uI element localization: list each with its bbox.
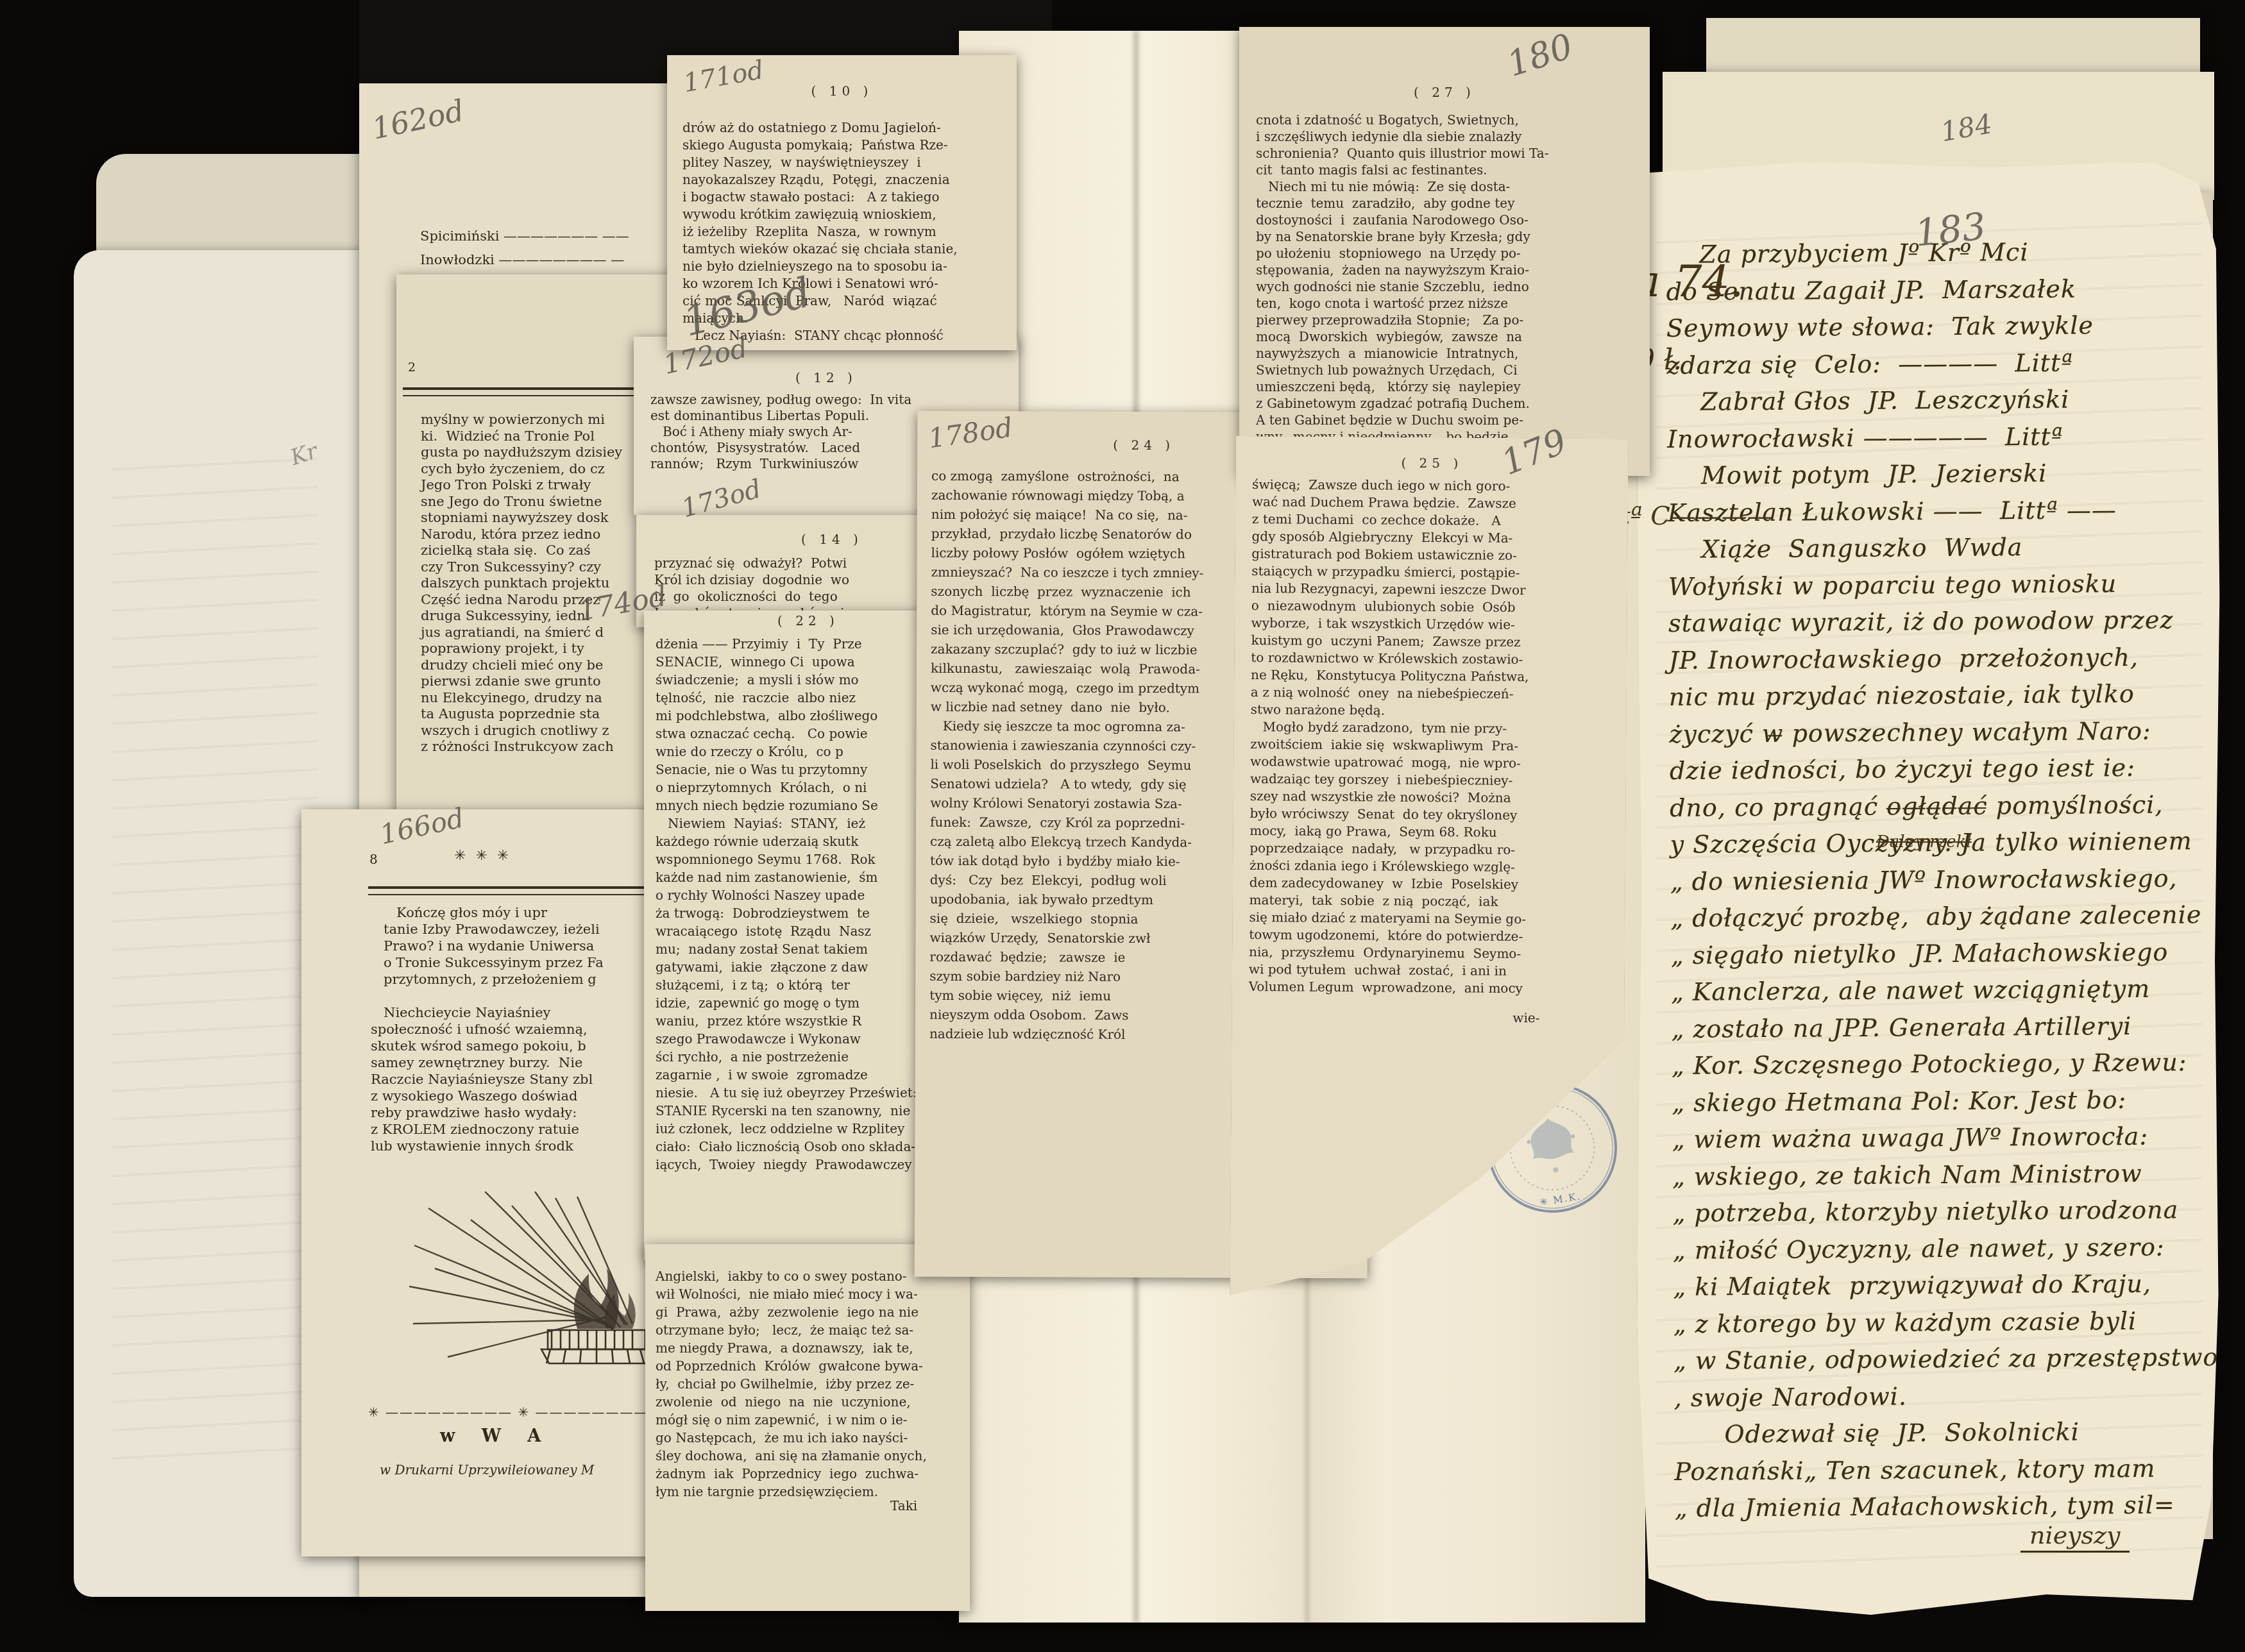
text-line: nu Elekcyinego, drudzy na (421, 690, 622, 707)
text-line: wczą wykonać mogą, czego im przedtym (931, 678, 1203, 698)
text-line: Poznański„ Ten szacunek, ktory mam (1674, 1450, 2219, 1490)
text-line: święcą; Zawsze duch iego w nich goro- (1252, 476, 1530, 495)
text-line: co zmogą zamyślone ostrożności, na (931, 466, 1204, 486)
text-line: szego Prawodawcze i Wykonaw (656, 1030, 917, 1048)
text-line: go Następcach, że mu ich iako nayści- (656, 1429, 927, 1447)
print-column: myślny w powierzonych miki. Widzieć na T… (421, 412, 622, 755)
text-line: tamtych wieków okazać się chciała stanie… (682, 240, 958, 258)
text-line: iż go okoliczności do tego (654, 588, 849, 605)
text-line: Spicimiński ——————— —— (420, 224, 629, 248)
text-line: mi podchlebstwa, albo złośliwego (656, 707, 917, 725)
text-line: drów aż do ostatniego z Domu Jagieloń- (682, 119, 958, 137)
text-line: waniu, przez które wszystkie R (656, 1012, 917, 1030)
text-line: szonych liczbę przez wyznaczenie ich (931, 582, 1203, 602)
text-line: gdy sposób Algiebryczny Elekcyi w Ma- (1251, 528, 1530, 547)
text-line: chontów, Pisysystratów. Laced (650, 440, 911, 456)
text-line: mocy, iaką go Prawa, Seym 68. Roku (1250, 822, 1528, 841)
text-line: dalszych punktach projektu (421, 575, 622, 592)
text-line: stawaiąc wyrazit, iż do powodow przez (1668, 602, 2214, 642)
text-line: wadzaiąc tey gorszey i niebeśpieczniey- (1250, 770, 1529, 789)
text-line: staiących w przypadku śmierci, postąpie- (1251, 562, 1530, 582)
text-line: poprzedzaiące nadały, w przypadku ro- (1250, 839, 1528, 859)
text-line: a z nią wolność oney na niebeśpieczeń- (1251, 684, 1529, 703)
text-line: cit tanto magis falsi ac festinantes. (1256, 162, 1549, 178)
text-line: Zabrał Głos JP. Leszczyński (1667, 380, 2212, 421)
text-line: do Magistratur, którym na Seymie w cza- (931, 601, 1203, 621)
text-line: Xiąże Sanguszko Wwda (1668, 528, 2213, 568)
text-line: JP. Inowrocławskiego przełożonych, (1668, 639, 2214, 679)
text-line: mnych niech będzie rozumiano Se (656, 796, 917, 814)
text-line: zawsze zawisney, podług owego: In vita (650, 392, 911, 408)
text-line: służącemi, i z tą; o którą ter (656, 976, 917, 994)
text-line: wolny Królowi Senatoryi zostawia Sza- (930, 793, 1203, 813)
text-line: ciało: Ciało licznością Osob ono składa- (656, 1138, 917, 1156)
text-line: wać nad Duchem Prawa będzie. Zawsze (1252, 493, 1530, 512)
text-line: zicielką stała się. Co zaś (421, 543, 622, 559)
text-line: towym ugodzonemi, które do potwierdze- (1249, 926, 1527, 945)
text-line: SENACIE, winnego Ci upowa (656, 653, 917, 671)
text-line: me niegdy Prawa, a doznawszy, iak te, (656, 1339, 927, 1357)
text-line: stopniami naywyższey dosk (421, 510, 622, 527)
text-line: Swietnych lub poważnych Urzędach, Ci (1256, 362, 1549, 378)
page-number: 2 (408, 360, 416, 375)
archive-book-scan: Spicimiński ——————— ——Inowłodzki ———————… (0, 0, 2245, 1652)
text-line: wnie do rzeczy o Królu, co p (656, 743, 917, 761)
text-line: myślny w powierzonych mi (421, 412, 622, 428)
text-line: gusta po naydłuższym dzisiey (421, 444, 622, 461)
text-line: idzie, zapewnić go mogę o tym (656, 994, 917, 1012)
text-line: z wysokiego Waszego doświad (371, 1088, 593, 1104)
text-line: nia lub Rezygnacyi, zapewni ieszcze Dwor (1251, 580, 1530, 599)
text-line: ści rychło, a nie postrzeżenie (656, 1048, 917, 1066)
text-line: każdego równie uderzaią skutk (656, 832, 917, 850)
text-line: Inowrocławski ————— Littª (1667, 417, 2212, 458)
text-line: iż ieżeliby Rzeplita Nasza, w rownym (682, 223, 958, 240)
text-line: gatywami, iakie złączone z daw (656, 958, 917, 976)
text-line: dostoyności i zaufania Narodowego Oso- (1256, 212, 1549, 228)
imprint-city: w W A (440, 1426, 551, 1446)
manuscript-text: Za przybyciem Jº Krº Mcido Senatu Zagaił… (1666, 233, 2220, 1527)
text-line: ta Augusta poprzednie sta (421, 706, 622, 723)
text-line: zdarza się Celo: ———— Littª (1666, 344, 2212, 384)
text-line: nic mu przydać niezostaie, iak tylko (1669, 675, 2214, 716)
text-line: „ zostało na JPP. Generała Artilleryi (1671, 1007, 2216, 1048)
text-line: wi pod tytułem uchwał zostać, i ani in (1249, 961, 1527, 980)
text-line: wił Wolności, nie miało mieć mocy i wa- (656, 1285, 927, 1303)
margin-number: a 74. (1634, 257, 1743, 307)
text-line: rannów; Rzym Turkwiniuszów (650, 456, 911, 472)
text-line: drudzy chcieli mieć ony be (421, 657, 622, 674)
text-line: Senacie, nie o Was tu przytomny (656, 761, 917, 779)
text-line: cnota i zdatność u Bogatych, Swietnych, (1256, 112, 1549, 128)
text-line: gi Prawa, ażby zezwolenie iego na nie (656, 1303, 927, 1321)
text-line: to rozdawnictwo w Królewskich zostawio- (1251, 649, 1529, 668)
footer-divider: ✳ ————————— ✳ ————————— (368, 1404, 663, 1420)
text-line: ża trwogą: Dobrodzieystwem te (656, 904, 917, 922)
text-line: tęlność, nie raczcie albo niez (656, 689, 917, 707)
text-line: li woli Poselskich do przyszłego Seymu (930, 755, 1203, 775)
text-line: dzie iedności, bo życzyi tego iest ie: (1670, 749, 2215, 789)
text-line: samey zewnętrzney burzy. Nie (371, 1054, 593, 1071)
text-line: było wróciwszy Senat do tey okryśloney (1250, 805, 1528, 824)
text-line: mógł się o nim zapewnić, i w nim o ie- (656, 1411, 927, 1429)
text-line: tym sobie więcey, niż iemu (929, 986, 1202, 1006)
print-column: cnota i zdatność u Bogatych, Swietnych,i… (1256, 112, 1549, 445)
text-line: umieszczeni będą, którzy się naylepiey (1256, 378, 1549, 395)
text-line: „ sięgało nietylko JP. Małachowskiego (1671, 934, 2216, 974)
print-column: zawsze zawisney, podług owego: In vitaes… (650, 392, 911, 472)
text-line: ten, kogo cnota i wartość przez niższe (1256, 295, 1549, 312)
text-line: pierwsi zdanie swe grunto (421, 673, 622, 690)
text-line: czą zaletą albo Elekcyą trzech Kandyda- (930, 832, 1203, 852)
text-line: liczby połowy Posłów ogółem wziętych (931, 543, 1204, 563)
text-line: nadzieie lub wdzięczność Król (929, 1024, 1202, 1044)
text-line: o rychły Wolności Naszey upade (656, 886, 917, 904)
text-line: iących, Twoiey niegdy Prawodawczey (656, 1156, 917, 1174)
print-column: dżenia —— Przyimiy i Ty PrzeSENACIE, win… (656, 635, 917, 1174)
text-line: życzyć w̶ powszechney wcałym Naro: (1669, 712, 2214, 753)
text-line: i bogactw stawało postaci: A z takiego (682, 189, 958, 206)
text-line: „ miłość Oyczyzny, ale nawet, y szero: (1673, 1229, 2218, 1269)
text-line: Inowłodzki ———————— — (420, 248, 629, 272)
text-line: schronienia? Quanto quis illustrior mowi… (1256, 145, 1549, 162)
text-line: i szczęśliwych iedynie dla siebie znalaz… (1256, 128, 1549, 145)
text-line: „ w Stanie, odpowiedzieć za przestępstwo (1673, 1339, 2219, 1379)
text-line: kilkunastu, zawieszaiąc wolą Prawoda- (931, 659, 1203, 678)
text-line: Seymowy wte słowa: Tak zwykle (1666, 307, 2212, 347)
text-line: „ do wniesienia JWº Inowrocławskiego, (1670, 860, 2215, 900)
text-line: „ z ktorego by w każdym czasie byli (1673, 1302, 2219, 1343)
text-line: Niechcieycie Nayiaśniey (371, 1004, 593, 1021)
text-line: Mowit potym JP. Jezierski (1667, 454, 2212, 494)
text-line: dyś: Czy bez Elekcyi, podług woli (930, 870, 1203, 890)
text-line: łym nie targnie przedsięwzięciem. (656, 1483, 927, 1501)
text-line: jus agratiandi, na śmierć d (421, 625, 622, 641)
text-line: plitey Naszey, w nayświętnieyszey i (682, 154, 958, 171)
print-paragraph: Kończę głos móy i uprtanie Izby Prawodaw… (384, 904, 604, 988)
slip-header: ( 27 ) (1239, 85, 1650, 100)
text-line: wyborze, i tak wszystkich Urzędów wie- (1251, 614, 1530, 634)
text-line: Jego Tron Polski z trwały (421, 477, 622, 494)
text-line: „ Kanclerza, ale nawet wzciągniętym (1671, 970, 2216, 1011)
text-line: przyznać się odważył? Potwi (654, 555, 849, 571)
text-line: nia, przyszłemu Ordynaryinemu Seymo- (1249, 943, 1527, 963)
text-line: z KROLEM ziednoczony ratuie (371, 1121, 593, 1138)
text-line: przykład, przydało liczbę Senatorów do (931, 524, 1204, 544)
text-line: pierwey przeprowadziła Stopnie; Za po- (1256, 312, 1549, 328)
text-line: „ wiem ważna uwaga JWº Inowrocła: (1672, 1118, 2217, 1158)
text-line: tecznie temu zaradziło, aby godne tey (1256, 195, 1549, 212)
text-line: zakazany szczuplać? gdy to iuż w liczbie (931, 639, 1203, 659)
text-line: Narodu, która przez iedno (421, 527, 622, 543)
printed-slip-angielski: Angielski, iakby to co o swey postano-wi… (645, 1244, 970, 1611)
text-line: , swoje Narodowi. (1673, 1376, 2219, 1417)
text-line: gistraturach pod Bokiem ustawicznie zo- (1251, 545, 1530, 564)
text-line: reby prawdziwe hasło wydały: (371, 1104, 593, 1121)
print-column: święcą; Zawsze duch iego w nich goro-wać… (1249, 476, 1530, 997)
pencil-foliation-183: 183 (1913, 204, 1988, 255)
text-line: się dzieie, wszelkiego stopnia (930, 909, 1203, 929)
text-line: cych było życzeniem, do cz (421, 461, 622, 478)
bleedthrough-ghost (112, 442, 318, 1469)
text-line: wiązków Urzędy, Senatorskie zwł (929, 928, 1202, 948)
text-line: Król ich dzisiay dogodnie wo (654, 571, 849, 588)
text-line: społeczność i ufność wzaiemną, (371, 1021, 593, 1038)
text-line: skiego Augusta pomykaią; Państwa Rze- (682, 137, 958, 154)
text-line: dżenia —— Przyimiy i Ty Prze (656, 635, 917, 653)
text-line: upodobania, iak bywało przedtym (930, 889, 1203, 909)
text-line: Kończę głos móy i upr (384, 904, 604, 921)
text-line: niesie. A tu się iuż obeyrzey Przeświet: (656, 1084, 917, 1102)
text-line: czy Tron Sukcessyiny? czy (421, 559, 622, 576)
text-line: sie ich urzędowania, Głos Prawodawczy (931, 620, 1203, 640)
text-line: Angielski, iakby to co o swey postano- (656, 1267, 927, 1285)
text-line: est dominantibus Libertas Populi. (650, 408, 911, 424)
text-line: wspomnionego Seymu 1768. Rok (656, 850, 917, 868)
text-line: Raczcie Nayiaśnieysze Stany zbl (371, 1071, 593, 1088)
page-number: 8 (369, 852, 378, 867)
text-line: do Senatu Zagaił JP. Marszałek (1666, 270, 2211, 310)
text-line: kuistym go uczyni Panem; Zawsze przez (1251, 632, 1529, 651)
text-line: „ wskiego, ze takich Nam Ministrow (1672, 1155, 2217, 1195)
text-line: przytomnych, z przełożeniem g (384, 971, 604, 988)
text-line: „ Kor. Szczęsnego Potockiego, y Rzewu: (1672, 1044, 2217, 1084)
text-line: stanowienia i zawieszania czynności czy- (930, 736, 1203, 755)
interline-insert: Daley rzekł (1876, 832, 1972, 852)
text-line: nie było dzielnieyszego na to sposobu ia… (682, 258, 958, 275)
text-line: Niewiem Nayiaś: STANY, ież (656, 814, 917, 832)
text-line: wywodu krótkim zawięzuią wnioskiem, (682, 206, 958, 223)
text-line: nieyszym odda Osobom. Zaws (929, 1005, 1202, 1025)
text-line: „ skiego Hetmana Pol: Kor. Jest bo: (1672, 1081, 2217, 1122)
text-line: dem zadecydowaney w Izbie Poselskiey (1250, 874, 1528, 893)
text-line: o Tronie Sukcessyinym przez Fa (384, 954, 604, 971)
text-line: Senatowi udziela? A to wtedy, gdy się (930, 774, 1203, 794)
text-line: dno, co pragnąć o̶g̶ł̶ą̶d̶a̶ć̶ pomyślnoś… (1670, 786, 2215, 827)
text-line: ki. Widzieć na Tronie Pol (421, 428, 622, 445)
text-line: otrzymane było; lecz, że maiąc też sa- (656, 1321, 927, 1339)
text-line: stwa oznaczać cechą. Co powie (656, 725, 917, 743)
text-line: „ ki Maiątek przywiązywał do Kraju, (1673, 1265, 2218, 1306)
text-line: A ten Gabinet będzie w Duchu swoim pe- (1256, 412, 1549, 428)
text-line: sne Jego do Tronu świetne (421, 494, 622, 510)
text-line: z różności Instrukcyow zach (421, 739, 622, 755)
text-line: śley dochowa, ani się na złamanie onych, (656, 1447, 927, 1465)
text-line: mu; nadany został Senat takiem (656, 940, 917, 958)
text-line: z Gabinetowym zgadzać potrafią Duchem. (1256, 395, 1549, 412)
header-ornament: ✳ ✳ ✳ (454, 848, 511, 864)
text-line: zwoitściem iakie się wskwapliwym Pra- (1250, 736, 1529, 755)
text-line: Kiedy się ieszcze ta moc ogromna za- (931, 716, 1203, 736)
text-line: poprawiony projekt, i ty (421, 641, 622, 657)
text-line: „ potrzeba, ktorzyby nietylko urodzona (1672, 1192, 2217, 1232)
text-line: Boć i Atheny miały swych Ar- (650, 424, 911, 440)
text-line: ły, chciał po Gwilhelmie, iżby przez ze- (656, 1375, 927, 1393)
text-line: zachowanie równowagi między Tobą, a (931, 485, 1204, 505)
text-line: po ułożeniu stopniowego na Urzędy po- (1256, 245, 1549, 262)
text-line: STANIE Rycerski na ten szanowny, nie (656, 1102, 917, 1120)
text-line: Mogło bydź zaradzono, tym nie przy- (1250, 718, 1529, 737)
text-line: „ dla Jmienia Małachowskich, tym sil= (1675, 1487, 2220, 1527)
text-line: tanie Izby Prawodawczey, ieżeli (384, 921, 604, 938)
text-line: rozdawać będzie; zawsze ie (929, 947, 1202, 967)
text-line: od Poprzednich Królów gwałcone bywa- (656, 1357, 927, 1375)
text-line: nim położyć się maiące! Na co się, na- (931, 505, 1204, 525)
text-line: funek: Zawsze, czy Król za poprzedni- (930, 813, 1203, 832)
sunburst-ornament (409, 1192, 654, 1392)
text-line: żadnym iak Poprzednicy iego zuchwa- (656, 1465, 927, 1483)
printed-slip-27: ( 27 ) cnota i zdatność u Bogatych, Swie… (1239, 27, 1650, 476)
text-line: „ dołączyć prozbę, aby żądane zalecenie (1670, 897, 2215, 937)
text-line: z temi Duchami co zechce dokaże. A (1252, 510, 1530, 530)
text-line: Odezwał się JP. Sokolnicki (1674, 1413, 2219, 1453)
text-line: zmnieyszać? Na co ieszcze i tych zmniey- (931, 562, 1203, 582)
text-line: świadczenie; a mysli i słów mo (656, 671, 917, 689)
text-line: nayokazalszey Rządu, Potęgi, znaczenia (682, 171, 958, 189)
print-column: co zmogą zamyślone ostrożności, nazachow… (929, 466, 1204, 1044)
print-paragraph: Niechcieycie Nayiaśnieyspołeczność i ufn… (371, 1004, 593, 1154)
text-line: by na Senatorskie brane były Krzesła; gd… (1256, 228, 1549, 245)
printed-slip-page8: 8 ✳ ✳ ✳ Kończę głos móy i uprtanie Izby … (301, 809, 696, 1556)
text-line: tów iak dotąd było i bydźby miało kie- (930, 851, 1203, 871)
underlined-final-word: nieyszy (2020, 1521, 2130, 1553)
text-line: wracaiącego istotę Rządu Nasz (656, 922, 917, 940)
text-line: Niech mi tu nie mówią: Ze się dosta- (1256, 178, 1549, 195)
imprint-printer: w Drukarni Uprzywileiowaney M (380, 1462, 594, 1478)
text-line: wodawstwie upatrować mogą, nie wpro- (1250, 753, 1529, 772)
text-line: ne Ręku, Konstytucya Polityczna Państwa, (1251, 666, 1529, 686)
text-line: zwolenie od niego na nie uczynione, (656, 1393, 927, 1411)
text-line: iuż członek, lecz oddzielne w Rzplitey (656, 1120, 917, 1138)
text-line: szey nad wszystkie złe nowości? Można (1250, 788, 1529, 807)
text-line: szym sobie bardziey niż Naro (929, 966, 1202, 986)
text-line: o nieprzytomnych Królach, o ni (656, 779, 917, 796)
text-line: stępowania, żaden na naywyższym Kraio- (1256, 262, 1549, 278)
text-line: materyi, tak sobie z nią począć, iak (1250, 891, 1528, 911)
text-line: Prawo? i na wydanie Uniwersa (384, 938, 604, 954)
text-line: lub wystawienie innych środk (371, 1138, 593, 1154)
text-line: zagarnie , i w swoie zgromadze (656, 1066, 917, 1084)
text-line: skutek wśrod samego pokoiu, b (371, 1038, 593, 1054)
text-line: wych godności nie stanie Szczeblu, iedno (1256, 278, 1549, 295)
text-line: naywyższych a mianowicie Intratnych, (1256, 345, 1549, 362)
print-column: Angielski, iakby to co o swey postano-wi… (656, 1267, 927, 1501)
text-line: stwo narażone będą. (1251, 701, 1529, 720)
text-line: o niezawodnym ulubionych sobie Osób (1251, 597, 1530, 616)
text-line: mocą Dworskich wybiegów, zawsze na (1256, 328, 1549, 345)
text-line: w liczbie nad setney dano nie było. (931, 697, 1203, 717)
text-line: wszych i drugich cnotliwy z (421, 723, 622, 739)
text-line: żności zdania iego i Królewskiego wzglę- (1250, 857, 1528, 876)
text-line: Wołyński w poparciu tego wniosku (1668, 565, 2214, 605)
catchword: Taki (890, 1498, 917, 1513)
text-line: Volumen Legum wprowadzone, ani mocy (1249, 978, 1527, 997)
text-line: się miało dziać z materyami na Seymie go… (1249, 909, 1527, 928)
catchword: wie- (1512, 1010, 1539, 1025)
text-line: każde nad nim zastanowienie, śm (656, 868, 917, 886)
